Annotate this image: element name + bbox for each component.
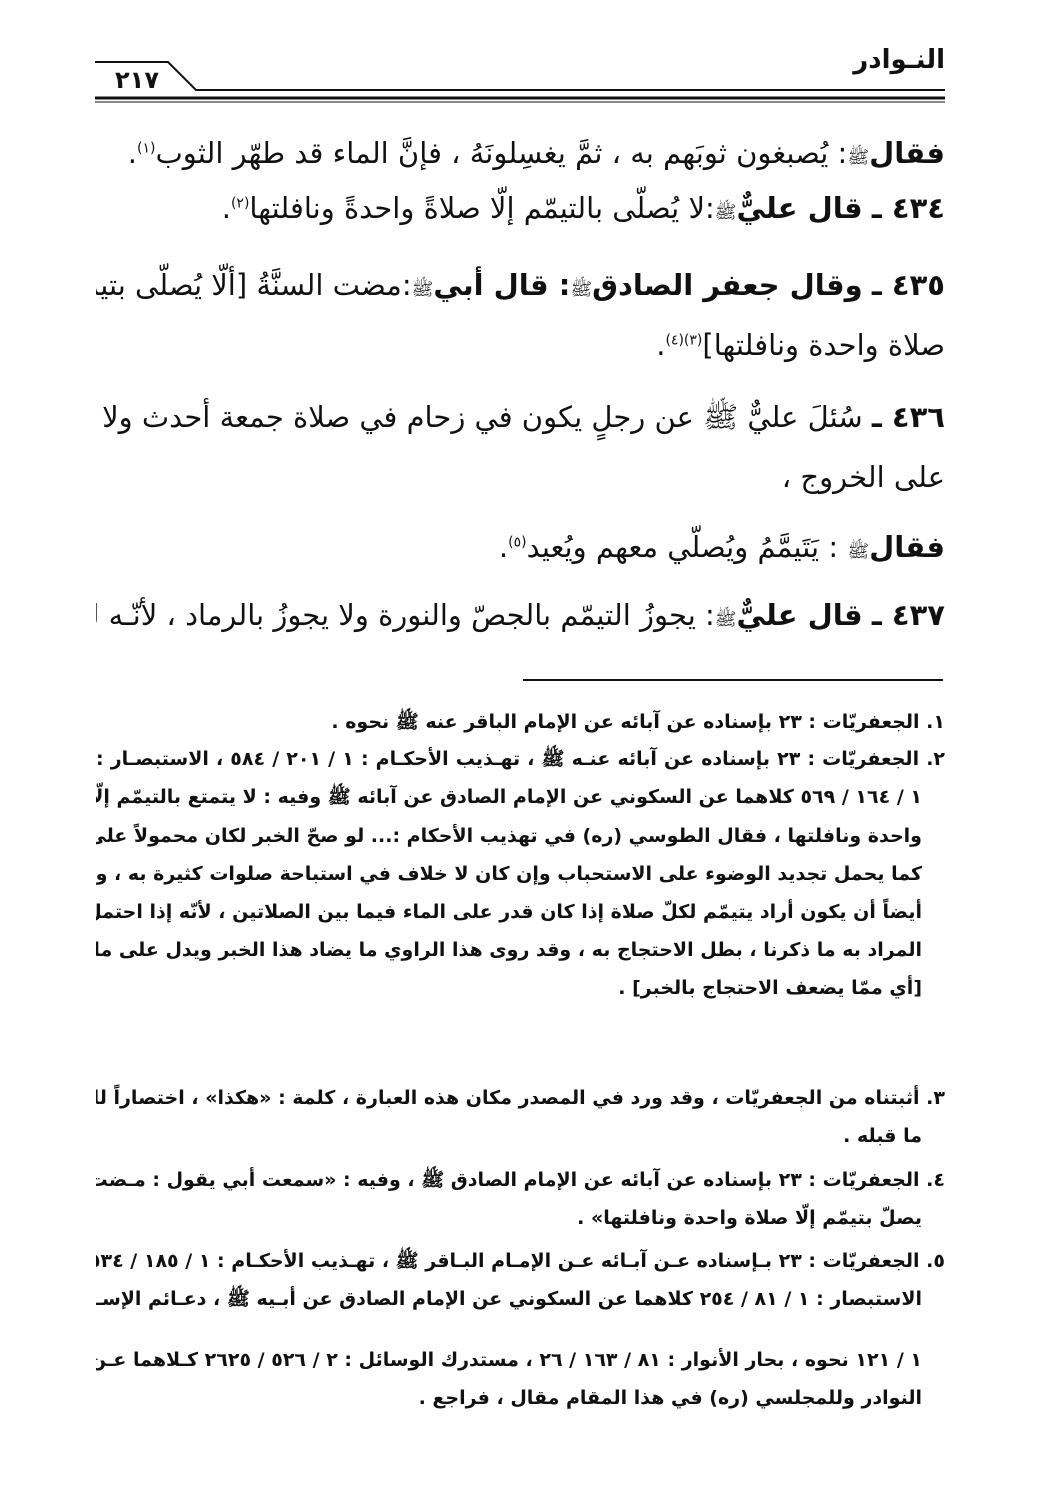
hadith-number: ٤٣٥ ـ (872, 268, 945, 302)
hadith-number: ٤٣٤ ـ (872, 191, 945, 225)
footnote-2-line-3: واحدة ونافلتها ، فقال الطوسي (ره) في تهذ… (96, 818, 922, 854)
footnote-2-line-7: [أي ممّا يضعف الاحتجاج بالخبر] . (96, 970, 922, 1006)
hadith-text: :مضت السنَّةُ [ألّا يُصلّى بتيمّم إلّا (96, 268, 412, 302)
body-line-6: على الخروج ، (96, 452, 945, 502)
honorific-icon: ﷺ (570, 279, 592, 300)
speaker-label: قال عليٌّ (737, 598, 863, 632)
speaker-label: فقال (869, 136, 945, 170)
honorific-icon: ﷺ (847, 541, 869, 562)
honorific-icon: ﷺ (847, 147, 869, 168)
footnote-3-line-1: ٣. أثبتناه من الجعفريّات ، وقد ورد في ال… (96, 1080, 945, 1116)
footnote-ref: (١) (137, 140, 155, 156)
book-page: النـوادر ٢١٧ فقالﷺ: يُصبغون ثوبَهم به ، … (0, 0, 1041, 1490)
speaker-label: وقال جعفر الصادق (592, 268, 863, 302)
footnote-3-line-2: ما قبله . (96, 1118, 922, 1154)
hadith-number: ٤٣٦ ـ (872, 400, 945, 434)
footnote-5-line-3: ١ / ١٢١ نحوه ، بحار الأنوار : ٨١ / ١٦٣ /… (96, 1342, 922, 1378)
footnote-5-line-2: الاستبصار : ١ / ٨١ / ٢٥٤ كلاهما عن السكو… (96, 1281, 922, 1317)
body-line-8: ٤٣٧ ـ قال عليٌّﷺ: يجوزُ التيمّم بالجصّ و… (96, 590, 945, 645)
footnote-ref: (٣)(٤) (665, 332, 702, 348)
body-line-4: صلاة واحدة ونافلتها](٣)(٤). (96, 320, 945, 370)
punctuation: . (222, 191, 231, 225)
body-line-7: فقالﷺ : يَتَيمَّمُ ويُصلّي معهم ويُعيد(٥… (96, 522, 945, 577)
footnote-ref: (٢) (231, 195, 249, 211)
footnote-4-line-1: ٤. الجعفريّات : ٢٣ بإسناده عن آبائه عن ا… (96, 1162, 945, 1198)
hadith-text: على الخروج ، (782, 460, 945, 494)
footnote-5-line-4: النوادر وللمجلسي (ره) في هذا المقام مقال… (96, 1380, 922, 1416)
honorific-icon: ﷺ (715, 202, 737, 223)
hadith-text: : يُصبغون ثوبَهم به ، ثمَّ يغسِلونَهُ ، … (155, 136, 847, 170)
hadith-text: : يجوزُ التيمّم بالجصّ والنورة ولا يجوزُ… (96, 598, 715, 632)
honorific-icon: ﷺ (715, 609, 737, 630)
hadith-text: :لا يُصلّى بالتيمّم إلّا صلاةً واحدةً ون… (249, 191, 714, 225)
footnote-2-line-5: أيضاً أن يكون أراد يتيمّم لكلّ صلاة إذا … (96, 894, 922, 930)
body-line-5: ٤٣٦ ـ سُئلَ عليٌّ ﷺ عن رجلٍ يكون في زحام… (96, 392, 945, 442)
hadith-number: ٤٣٧ ـ (872, 598, 945, 632)
body-line-2: ٤٣٤ ـ قال عليٌّﷺ:لا يُصلّى بالتيمّم إلّا… (96, 183, 945, 238)
footnote-5-line-1: ٥. الجعفريّات : ٢٣ بـإسناده عـن آبـائه ع… (96, 1243, 945, 1279)
body-line-1: فقالﷺ: يُصبغون ثوبَهم به ، ثمَّ يغسِلونَ… (96, 128, 945, 183)
speaker-label-2: : قال أبي (433, 268, 570, 302)
speaker-label: قال عليٌّ (737, 191, 863, 225)
footnote-4-line-2: يصلّ بتيمّم إلّا صلاة واحدة ونافلتها» . (96, 1200, 922, 1236)
punctuation: . (128, 136, 137, 170)
body-line-3: ٤٣٥ ـ وقال جعفر الصادقﷺ: قال أبيﷺ:مضت ال… (96, 260, 945, 315)
honorific-icon: ﷺ (412, 279, 434, 300)
hadith-text: : يَتَيمَّمُ ويُصلّي معهم ويُعيد (527, 530, 848, 564)
footnote-ref: (٥) (508, 534, 526, 550)
punctuation: . (499, 530, 508, 564)
footnote-1-line-1: ١. الجعفريّات : ٢٣ بإسناده عن آبائه عن ا… (96, 704, 945, 740)
hadith-text: صلاة واحدة ونافلتها] (702, 328, 945, 362)
hadith-text: سُئلَ عليٌّ ﷺ عن رجلٍ يكون في زحام في صل… (96, 400, 863, 434)
footnote-separator (523, 679, 943, 681)
footnote-2-line-2: ١ / ١٦٤ / ٥٦٩ كلاهما عن السكوني عن الإما… (96, 779, 922, 815)
footnote-2-line-6: المراد به ما ذكرنا ، بطل الاحتجاج به ، و… (96, 932, 922, 968)
speaker-label: فقال (869, 530, 945, 564)
footnote-2-line-1: ٢. الجعفريّات : ٢٣ بإسناده عن آبائه عنـه… (96, 741, 945, 777)
page-number: ٢١٧ (102, 64, 172, 96)
footnote-2-line-4: كما يحمل تجديد الوضوء على الاستحباب وإن … (96, 856, 922, 892)
